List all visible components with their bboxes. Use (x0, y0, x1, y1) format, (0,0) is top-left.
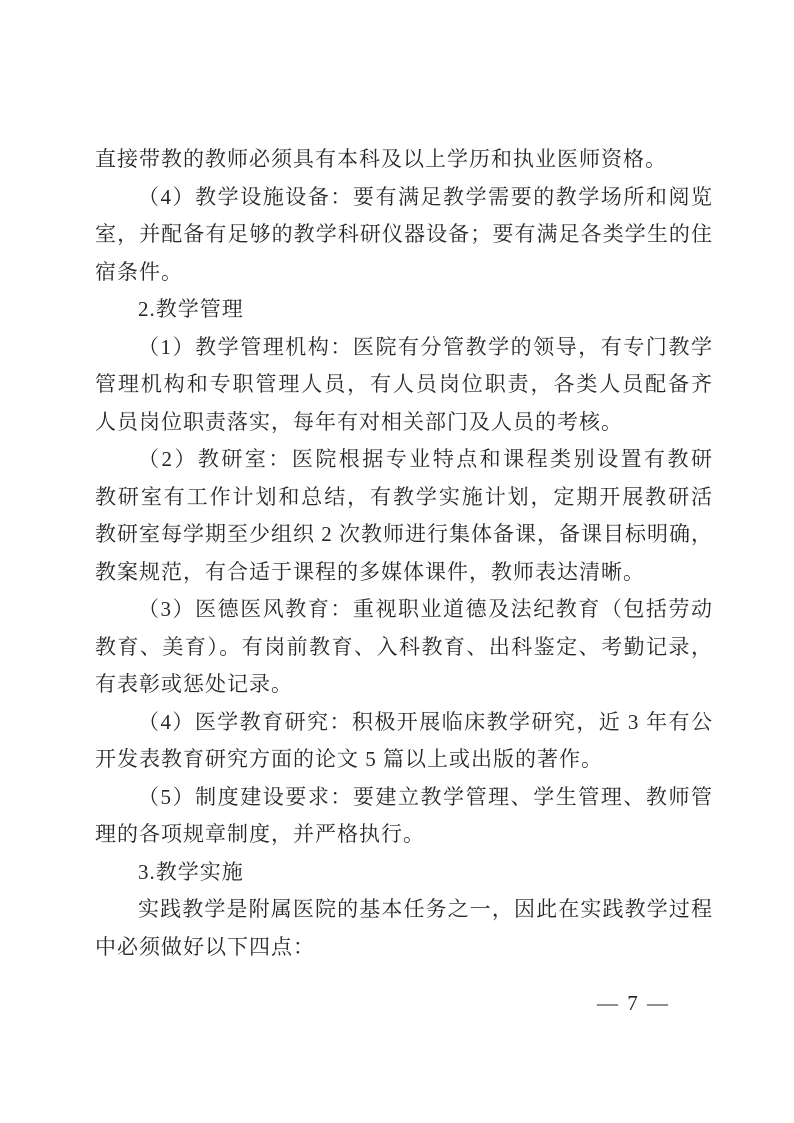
text-line: （1）教学管理机构：医院有分管教学的领导，有专门教学 (95, 329, 713, 367)
text-line: 有表彰或惩处记录。 (95, 666, 713, 704)
text-line: （3）医德医风教育：重视职业道德及法纪教育（包括劳动 (95, 591, 713, 629)
text-line: 教研室有工作计划和总结，有教学实施计划，定期开展教研活动。 (95, 479, 713, 517)
document-page: 直接带教的教师必须具有本科及以上学历和执业医师资格。（4）教学设施设备：要有满足… (0, 0, 794, 1123)
text-line: 3.教学实施 (95, 854, 713, 892)
text-line: 理的各项规章制度，并严格执行。 (95, 816, 713, 854)
text-line: 教研室每学期至少组织 2 次教师进行集体备课，备课目标明确， (95, 516, 713, 554)
text-line: （5）制度建设要求：要建立教学管理、学生管理、教师管 (95, 779, 713, 817)
text-line: （4）医学教育研究：积极开展临床教学研究，近 3 年有公 (95, 704, 713, 742)
text-line: （4）教学设施设备：要有满足教学需要的教学场所和阅览 (95, 179, 713, 217)
text-line: 直接带教的教师必须具有本科及以上学历和执业医师资格。 (95, 141, 713, 179)
text-line: 宿条件。 (95, 254, 713, 292)
text-line: 人员岗位职责落实，每年有对相关部门及人员的考核。 (95, 404, 713, 442)
text-line: 教案规范，有合适于课程的多媒体课件，教师表达清晰。 (95, 554, 713, 592)
text-line: 中必须做好以下四点： (95, 929, 713, 967)
text-line: 实践教学是附属医院的基本任务之一，因此在实践教学过程 (95, 891, 713, 929)
text-line: 室，并配备有足够的教学科研仪器设备；要有满足各类学生的住 (95, 216, 713, 254)
text-line: 2.教学管理 (95, 291, 713, 329)
text-line: 管理机构和专职管理人员，有人员岗位职责，各类人员配备齐全， (95, 366, 713, 404)
text-line: （2）教研室：医院根据专业特点和课程类别设置有教研室， (95, 441, 713, 479)
document-body: 直接带教的教师必须具有本科及以上学历和执业医师资格。（4）教学设施设备：要有满足… (95, 141, 713, 966)
page-number: — 7 — (597, 988, 670, 1018)
text-line: 教育、美育）。有岗前教育、入科教育、出科鉴定、考勤记录， (95, 629, 713, 667)
text-line: 开发表教育研究方面的论文 5 篇以上或出版的著作。 (95, 741, 713, 779)
